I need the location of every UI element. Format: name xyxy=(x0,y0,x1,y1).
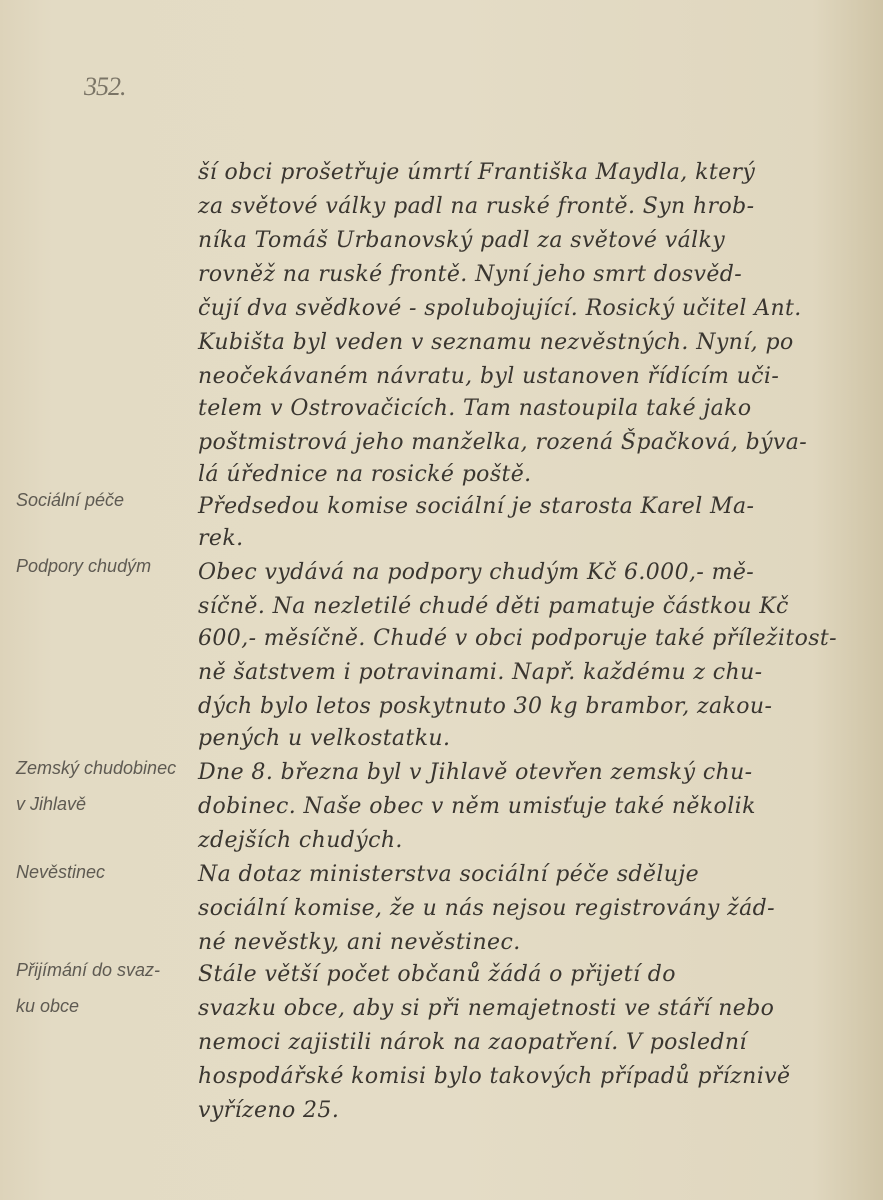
text-line: níka Tomáš Urbanovský padl za světové vá… xyxy=(198,228,725,253)
text-line: Kubišta byl veden v seznamu nezvěstných.… xyxy=(198,330,794,355)
text-line: vyřízeno 25. xyxy=(198,1098,339,1123)
text-line: poštmistrová jeho manželka, rozená Špačk… xyxy=(198,430,807,455)
text-line: dých bylo letos poskytnuto 30 kg brambor… xyxy=(198,694,772,719)
text-line: Na dotaz ministerstva sociální péče sděl… xyxy=(198,862,699,887)
text-line: lá úřednice na rosické poště. xyxy=(198,462,532,487)
text-line: svazku obce, aby si při nemajetnosti ve … xyxy=(198,996,774,1021)
text-line: nemoci zajistili nárok na zaopatření. V … xyxy=(198,1030,747,1055)
text-line: né nevěstky, ani nevěstinec. xyxy=(198,930,521,955)
margin-note-admission: Přijímání do svaz- xyxy=(16,960,160,981)
margin-note-admission-cont: ku obce xyxy=(16,996,79,1017)
margin-note-poor-support: Podpory chudým xyxy=(16,556,151,577)
text-line: Předsedou komise sociální je starosta Ka… xyxy=(198,494,754,519)
text-line: Obec vydává na podpory chudým Kč 6.000,-… xyxy=(198,560,754,585)
text-line: pených u velkostatku. xyxy=(198,726,450,751)
text-line: dobinec. Naše obec v něm umisťuje také n… xyxy=(198,794,756,819)
text-line: Stále větší počet občanů žádá o přijetí … xyxy=(198,962,676,987)
text-line: Dne 8. března byl v Jihlavě otevřen zems… xyxy=(198,760,753,785)
text-line: rovněž na ruské frontě. Nyní jeho smrt d… xyxy=(198,262,742,287)
margin-note-poorhouse-location: v Jihlavě xyxy=(16,794,86,815)
text-line: zdejších chudých. xyxy=(198,828,403,853)
text-line: sociální komise, že u nás nejsou registr… xyxy=(198,896,775,921)
margin-note-social-care: Sociální péče xyxy=(16,490,124,511)
page-number: 352. xyxy=(84,72,126,102)
text-line: rek. xyxy=(198,526,243,551)
text-line: čují dva svědkové - spolubojující. Rosic… xyxy=(198,296,802,321)
text-line: neočekávaném návratu, byl ustanoven řídí… xyxy=(198,364,779,389)
text-line: hospodářské komisi bylo takových případů… xyxy=(198,1064,790,1089)
text-line: telem v Ostrovačicích. Tam nastoupila ta… xyxy=(198,396,752,421)
text-line: za světové války padl na ruské frontě. S… xyxy=(198,194,754,219)
margin-note-brothel: Nevěstinec xyxy=(16,862,105,883)
text-line: 600,- měsíčně. Chudé v obci podporuje ta… xyxy=(198,626,837,651)
text-line: ně šatstvem i potravinami. Např. každému… xyxy=(198,660,763,685)
text-line: ší obci prošetřuje úmrtí Františka Maydl… xyxy=(198,160,755,185)
text-line: síčně. Na nezletilé chudé děti pamatuje … xyxy=(198,594,789,619)
margin-note-poorhouse: Zemský chudobinec xyxy=(16,758,176,779)
